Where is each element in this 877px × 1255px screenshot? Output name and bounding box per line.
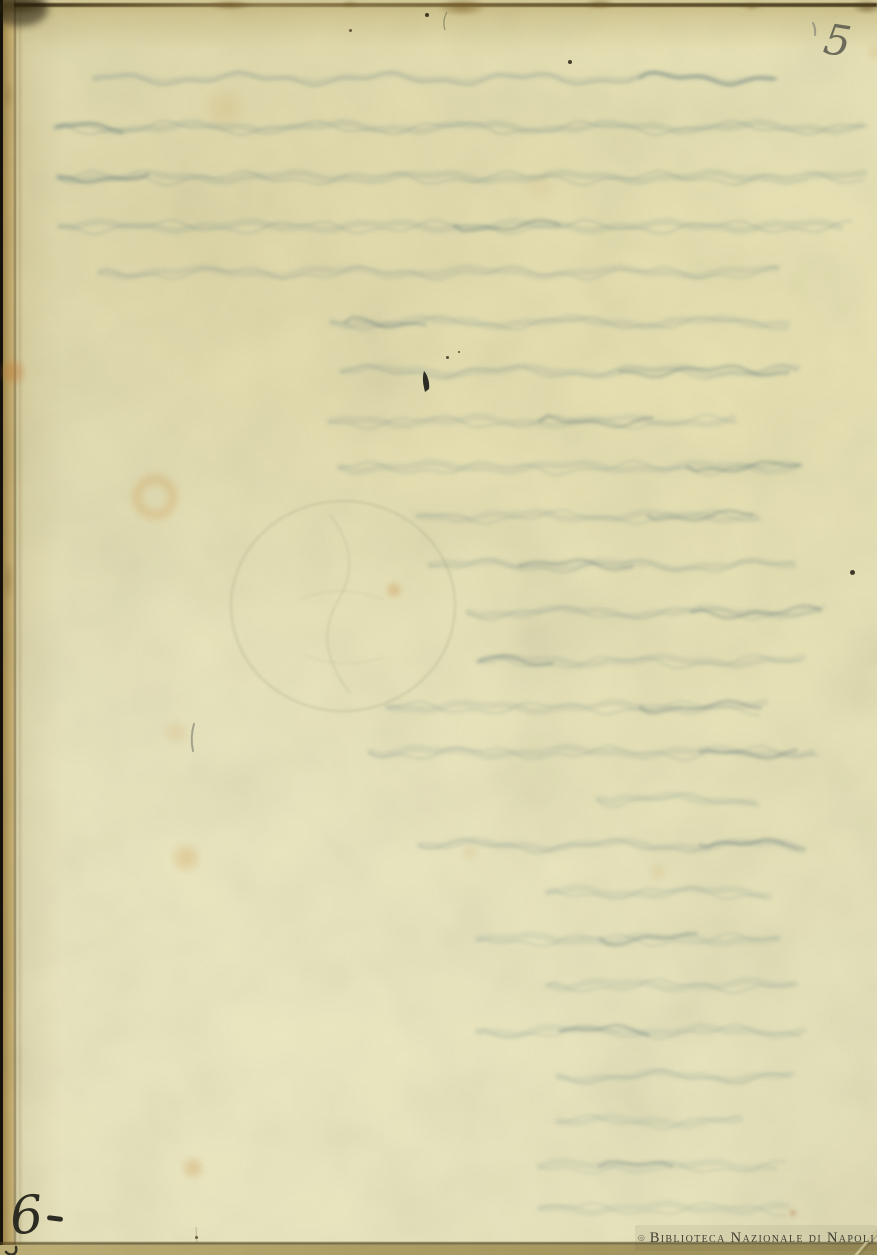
- folio-number: 6: [8, 1189, 45, 1244]
- foxing-stain: [865, 42, 877, 62]
- foxing-stain: [460, 842, 480, 862]
- foxing-stain: [169, 841, 203, 875]
- speck: [425, 13, 429, 17]
- edge-stain: [0, 0, 48, 15]
- speck: [568, 60, 572, 64]
- foxing-stain: [202, 85, 248, 131]
- speck: [850, 570, 855, 575]
- edge-stain: [584, 0, 616, 9]
- edge-stain: [341, 1, 359, 7]
- foxing-stain: [162, 718, 190, 746]
- manuscript-scan-page: 5 6 Biblioteca Nazionale di Napoli: [0, 0, 877, 1255]
- library-watermark-text: Biblioteca Nazionale di Napoli: [650, 1231, 875, 1246]
- foxing-stain: [180, 1155, 206, 1181]
- edge-stain: [437, 0, 487, 16]
- speck: [458, 351, 460, 353]
- library-seal-icon: [638, 1227, 645, 1249]
- foxing-stain: [524, 170, 556, 202]
- edge-stain: [741, 2, 763, 10]
- foxing-stain: [789, 1209, 797, 1217]
- stain-layer: [0, 0, 877, 1255]
- foxing-stain: [385, 581, 403, 599]
- library-watermark: Biblioteca Nazionale di Napoli: [635, 1225, 877, 1251]
- speck: [349, 29, 352, 32]
- foxing-stain: [0, 357, 28, 387]
- speck: [446, 356, 449, 359]
- foxing-stain: [648, 862, 668, 882]
- speck: [195, 1236, 198, 1239]
- foxing-stain: [3, 558, 13, 602]
- edge-stain: [208, 0, 252, 10]
- edge-stain: [852, 0, 877, 14]
- foxing-stain: [3, 79, 13, 111]
- foxing-stain: [128, 470, 182, 524]
